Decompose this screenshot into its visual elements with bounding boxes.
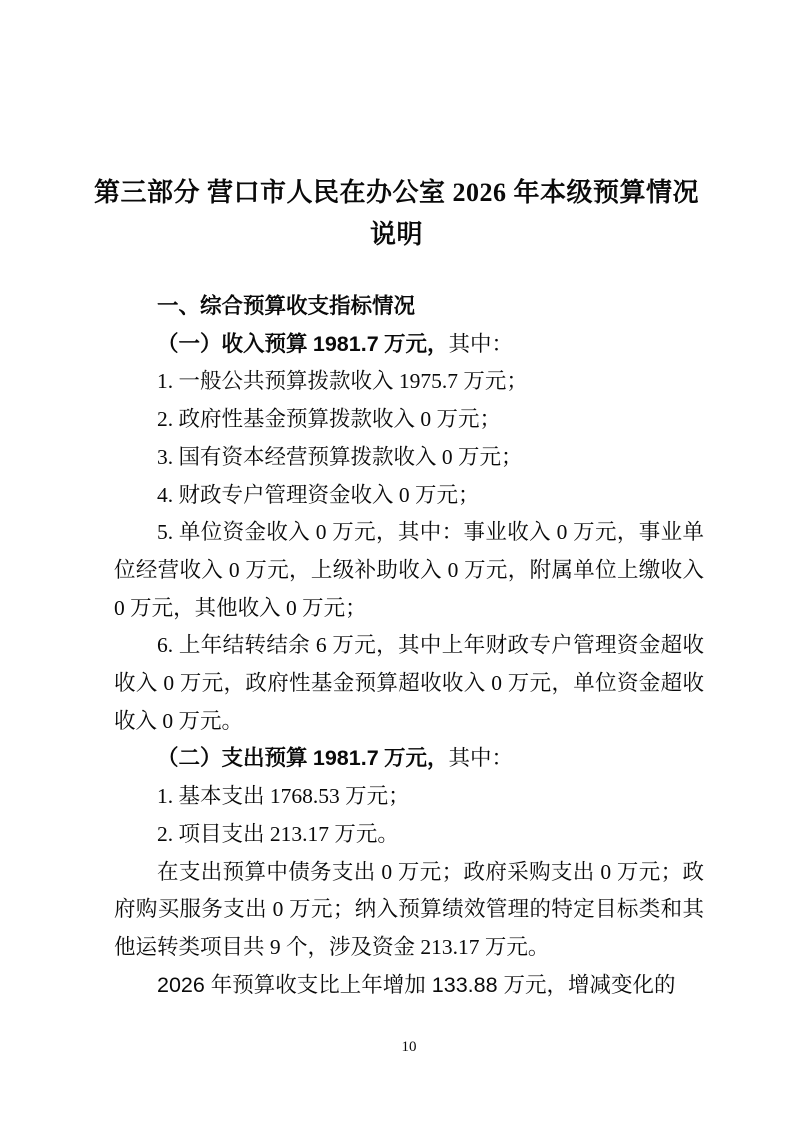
- income-item-6: 6. 上年结转结余 6 万元，其中上年财政专户管理资金超收收入 0 万元，政府性…: [114, 627, 704, 740]
- income-budget-amount: 1981.7: [313, 332, 379, 356]
- expenditure-item-2: 2. 项目支出 213.17 万元。: [114, 816, 704, 854]
- income-item-2: 2. 政府性基金预算拨款收入 0 万元；: [114, 401, 704, 439]
- income-budget-lead-paragraph: （一）收入预算 1981.7 万元，其中：: [114, 326, 704, 364]
- document-title: 第三部分 营口市人民在办公室 2026 年本级预算情况说明: [0, 172, 793, 256]
- income-item-4: 4. 财政专户管理资金收入 0 万元；: [114, 477, 704, 515]
- income-item-1: 1. 一般公共预算拨款收入 1975.7 万元；: [114, 363, 704, 401]
- income-budget-label: （一）收入预算: [157, 332, 313, 356]
- income-budget-tail: 其中：: [449, 332, 514, 356]
- budget-change-paragraph: 2026 年预算收支比上年增加 133.88 万元，增减变化的: [114, 967, 704, 1005]
- expenditure-budget-unit: 万元，: [379, 746, 449, 770]
- expenditure-budget-amount: 1981.7: [313, 746, 379, 770]
- income-budget-unit: 万元，: [379, 332, 449, 356]
- income-item-5: 5. 单位资金收入 0 万元，其中：事业收入 0 万元，事业单位经营收入 0 万…: [114, 514, 704, 627]
- document-page: 第三部分 营口市人民在办公室 2026 年本级预算情况说明 一、综合预算收支指标…: [0, 0, 793, 1122]
- document-body: 一、综合预算收支指标情况 （一）收入预算 1981.7 万元，其中： 1. 一般…: [114, 288, 704, 1004]
- income-item-3: 3. 国有资本经营预算拨款收入 0 万元；: [114, 439, 704, 477]
- page-number: 10: [114, 1038, 704, 1056]
- expenditure-budget-lead-paragraph: （二）支出预算 1981.7 万元，其中：: [114, 740, 704, 778]
- title-line-2: 说明: [0, 214, 793, 256]
- section-heading: 一、综合预算收支指标情况: [114, 288, 704, 326]
- expenditure-budget-tail: 其中：: [449, 746, 514, 770]
- expenditure-detail-paragraph: 在支出预算中债务支出 0 万元；政府采购支出 0 万元；政府购买服务支出 0 万…: [114, 854, 704, 967]
- expenditure-budget-label: （二）支出预算: [157, 746, 313, 770]
- expenditure-item-1: 1. 基本支出 1768.53 万元；: [114, 778, 704, 816]
- title-line-1: 第三部分 营口市人民在办公室 2026 年本级预算情况: [0, 172, 793, 214]
